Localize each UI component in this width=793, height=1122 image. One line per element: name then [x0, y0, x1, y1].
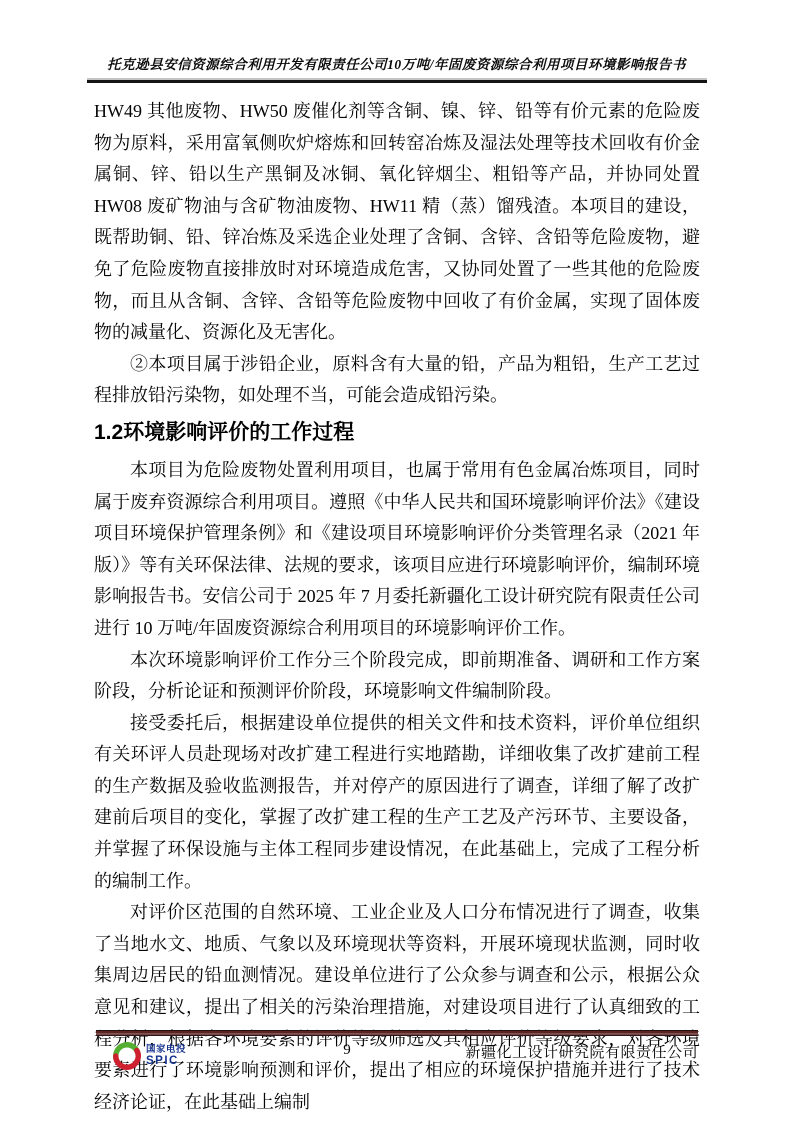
- paragraph-lead-enterprise-note: ②本项目属于涉铅企业，原料含有大量的铅，产品为粗铅，生产工艺过程排放铅污染物，如…: [94, 349, 700, 412]
- spic-logo: 国家电投 SPIC: [112, 1041, 186, 1071]
- page-header: 托克逊县安信资源综合利用开发有限责任公司10万吨/年固废资源综合利用项目环境影响…: [0, 0, 793, 83]
- paragraph-site-survey: 接受委托后，根据建设单位提供的相关文件和技术资料，评价单位组织有关环评人员赴现场…: [94, 708, 700, 898]
- footer-company-name: 新疆化工设计研究院有限责任公司: [465, 1041, 698, 1062]
- document-page: 托克逊县安信资源综合利用开发有限责任公司10万吨/年固废资源综合利用项目环境影响…: [0, 0, 793, 1122]
- footer-divider: [96, 1030, 698, 1036]
- document-body: HW49 其他废物、HW50 废催化剂等含铜、镍、锌、铅等有价元素的危险废物为原…: [94, 96, 700, 1118]
- running-header-title: 托克逊县安信资源综合利用开发有限责任公司10万吨/年固废资源综合利用项目环境影响…: [0, 53, 793, 73]
- paragraph-three-stages: 本次环境影响评价工作分三个阶段完成，即前期准备、调研和工作方案阶段，分析论证和预…: [94, 645, 700, 708]
- section-heading-1-2: 1.2环境影响评价的工作过程: [94, 419, 700, 447]
- spic-logo-text: 国家电投 SPIC: [146, 1045, 186, 1068]
- page-footer: 国家电投 SPIC 9 新疆化工设计研究院有限责任公司: [0, 1030, 793, 1090]
- spic-swirl-icon: [112, 1041, 142, 1071]
- spic-logo-cn-label: 国家电投: [146, 1045, 186, 1055]
- header-divider: [87, 80, 707, 83]
- spic-logo-en-label: SPIC: [146, 1056, 186, 1068]
- page-number: 9: [332, 1042, 362, 1059]
- paragraph-hazardous-waste-overview: HW49 其他废物、HW50 废催化剂等含铜、镍、锌、铅等有价元素的危险废物为原…: [94, 96, 700, 349]
- paragraph-project-classification: 本项目为危险废物处置利用项目，也属于常用有色金属冶炼项目，同时属于废弃资源综合利…: [94, 455, 700, 645]
